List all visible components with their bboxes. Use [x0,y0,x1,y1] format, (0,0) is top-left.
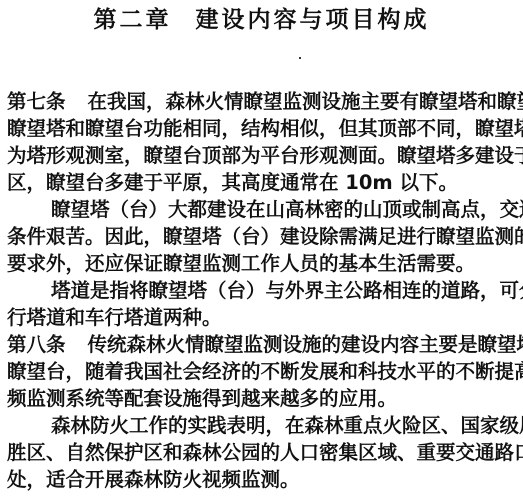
paragraph-line: 区，瞭望台多建于平原，其高度通常在 10m 以下。 [7,169,518,196]
paragraph-line: 行塔道和车行塔道两种。 [7,304,518,331]
paragraph-line: 为塔形观测室，瞭望台顶部为平台形观测面。瞭望塔多建设于山 [7,142,518,169]
article-label-7: 第七条 [7,90,66,113]
paragraph-line: 频监测系统等配套设施得到越来越多的应用。 [7,385,518,412]
page-mark-dot [299,57,301,59]
paragraph-line: 瞭望台，随着我国社会经济的不断发展和科技水平的不断提高，视 [7,358,518,385]
paragraph-line: 第八条传统森林火情瞭望监测设施的建设内容主要是瞭望塔或 [7,331,518,358]
paragraph-line: 胜区、自然保护区和森林公园的人口密集区域、重要交通路口等 [7,439,518,466]
chapter-heading: 建设内容与项目构成 [196,7,430,33]
paragraph-line: 森林防火工作的实践表明，在森林重点火险区、国家级风景名 [7,412,518,439]
chapter-number: 第二章 [94,7,172,33]
paragraph-line: 塔道是指将瞭望塔（台）与外界主公路相连的道路，可分为步 [7,277,518,304]
paragraph-line: 处，适合开展森林防火视频监测。 [7,466,518,493]
line-text: 在我国，森林火情瞭望监测设施主要有瞭望塔和瞭望台。 [88,90,523,113]
article-label-8: 第八条 [7,333,66,356]
paragraph-line: 瞭望塔（台）大都建设在山高林密的山顶或制高点，交通不便， [7,196,518,223]
line-text: 传统森林火情瞭望监测设施的建设内容主要是瞭望塔或 [88,333,523,356]
document-body: 第七条在我国，森林火情瞭望监测设施主要有瞭望塔和瞭望台。 瞭望塔和瞭望台功能相同… [7,88,518,493]
paragraph-line: 瞭望塔和瞭望台功能相同，结构相似，但其顶部不同，瞭望塔顶部 [7,115,518,142]
chapter-title: 第二章建设内容与项目构成 [0,4,523,36]
paragraph-line: 要求外，还应保证瞭望监测工作人员的基本生活需要。 [7,250,518,277]
paragraph-line: 第七条在我国，森林火情瞭望监测设施主要有瞭望塔和瞭望台。 [7,88,518,115]
paragraph-line: 条件艰苦。因此，瞭望塔（台）建设除需满足进行瞭望监测的技术 [7,223,518,250]
